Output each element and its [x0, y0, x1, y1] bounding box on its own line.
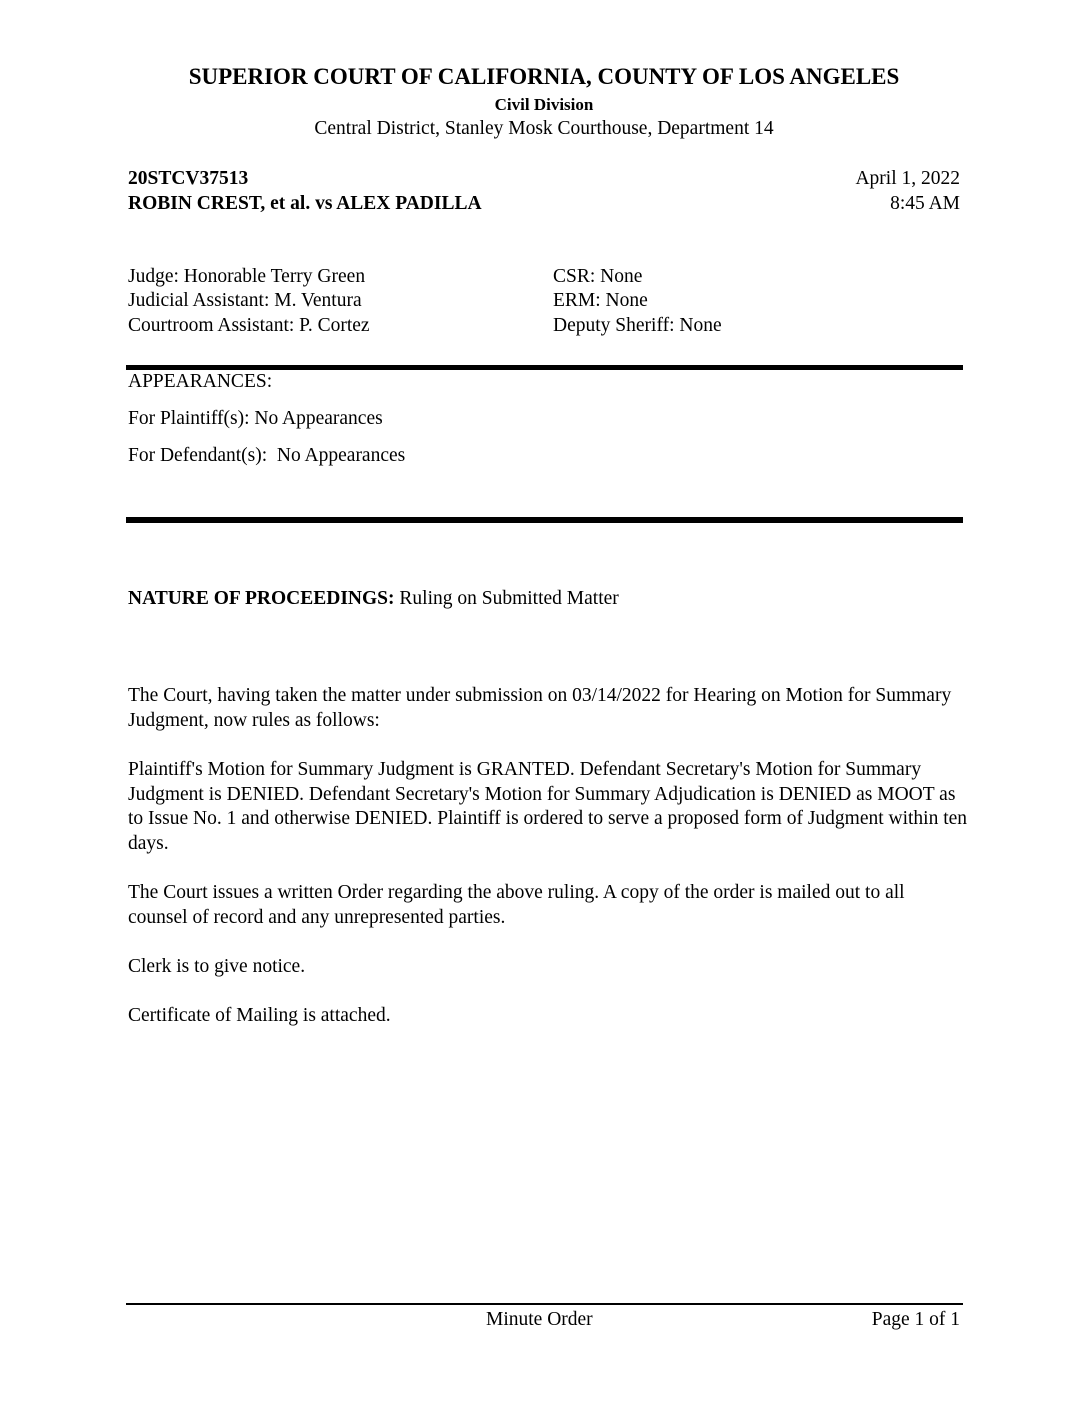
case-title: ROBIN CREST, et al. vs ALEX PADILLA [128, 193, 482, 215]
defendant-appearance: For Defendant(s): No Appearances [128, 445, 405, 467]
appearances-heading: APPEARANCES: [128, 371, 272, 393]
court-name: SUPERIOR COURT OF CALIFORNIA, COUNTY OF … [0, 64, 1088, 90]
paragraph-written-order: The Court issues a written Order regardi… [128, 881, 968, 930]
nature-of-proceedings: NATURE OF PROCEEDINGS: Ruling on Submitt… [128, 588, 619, 610]
page-number: Page 1 of 1 [872, 1309, 960, 1331]
division: Civil Division [0, 95, 1088, 115]
proceedings-value: Ruling on Submitted Matter [395, 588, 619, 609]
csr: CSR: None [553, 266, 642, 288]
deputy-sheriff: Deputy Sheriff: None [553, 315, 722, 337]
divider-top [126, 365, 963, 370]
paragraph-ruling: Plaintiff's Motion for Summary Judgment … [128, 758, 968, 856]
courtroom-assistant: Courtroom Assistant: P. Cortez [128, 315, 370, 337]
case-time: 8:45 AM [890, 193, 960, 215]
erm: ERM: None [553, 290, 648, 312]
judicial-assistant: Judicial Assistant: M. Ventura [128, 290, 362, 312]
case-number: 20STCV37513 [128, 168, 248, 190]
divider-bottom [126, 517, 963, 523]
footer-rule [126, 1303, 963, 1305]
proceedings-label: NATURE OF PROCEEDINGS: [128, 588, 395, 609]
paragraph-notice: Clerk is to give notice. [128, 955, 968, 980]
plaintiff-appearance: For Plaintiff(s): No Appearances [128, 408, 383, 430]
footer-title: Minute Order [486, 1309, 593, 1331]
case-date: April 1, 2022 [855, 168, 960, 190]
courthouse-location: Central District, Stanley Mosk Courthous… [0, 118, 1088, 140]
paragraph-certificate: Certificate of Mailing is attached. [128, 1004, 968, 1029]
judge: Judge: Honorable Terry Green [128, 266, 365, 288]
paragraph-submission: The Court, having taken the matter under… [128, 684, 968, 733]
